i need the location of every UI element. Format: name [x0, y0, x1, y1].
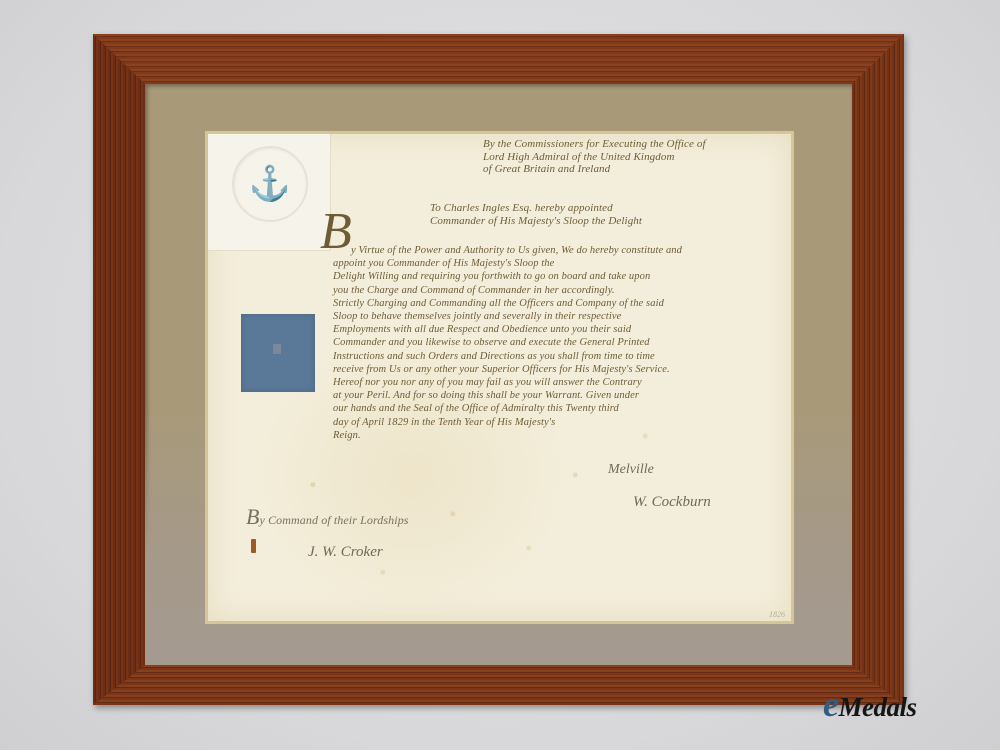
signature-cockburn: W. Cockburn	[633, 494, 711, 511]
frame-left-rail	[93, 34, 145, 705]
document-body: y Virtue of the Power and Authority to U…	[333, 244, 682, 442]
embossed-admiralty-seal: ⚓	[232, 146, 308, 222]
seal-paper-flap: ⚓	[208, 134, 331, 251]
command-signoff: By Command of their Lordships	[246, 510, 409, 527]
frame-bottom-rail	[93, 665, 904, 705]
paper-tear-mark	[251, 539, 256, 553]
mat-board: ⚓ By the Commissioners for Executing the…	[145, 84, 852, 665]
addressee: To Charles Ingles Esq. hereby appointed …	[430, 202, 642, 228]
emedals-watermark-logo: eMedals	[823, 683, 916, 725]
blue-paper-wafer-seal	[241, 314, 315, 392]
wafer-stamp-mark	[273, 344, 281, 354]
wooden-picture-frame: ⚓ By the Commissioners for Executing the…	[93, 34, 904, 705]
frame-right-rail	[852, 34, 904, 705]
commission-document: ⚓ By the Commissioners for Executing the…	[205, 131, 794, 624]
pencil-annotation: 1826	[769, 610, 785, 619]
signature-secretary: J. W. Croker	[308, 544, 383, 561]
signature-melville: Melville	[608, 462, 654, 478]
document-heading: By the Commissioners for Executing the O…	[483, 138, 706, 176]
anchor-icon: ⚓	[249, 164, 291, 204]
frame-top-rail	[93, 34, 904, 84]
